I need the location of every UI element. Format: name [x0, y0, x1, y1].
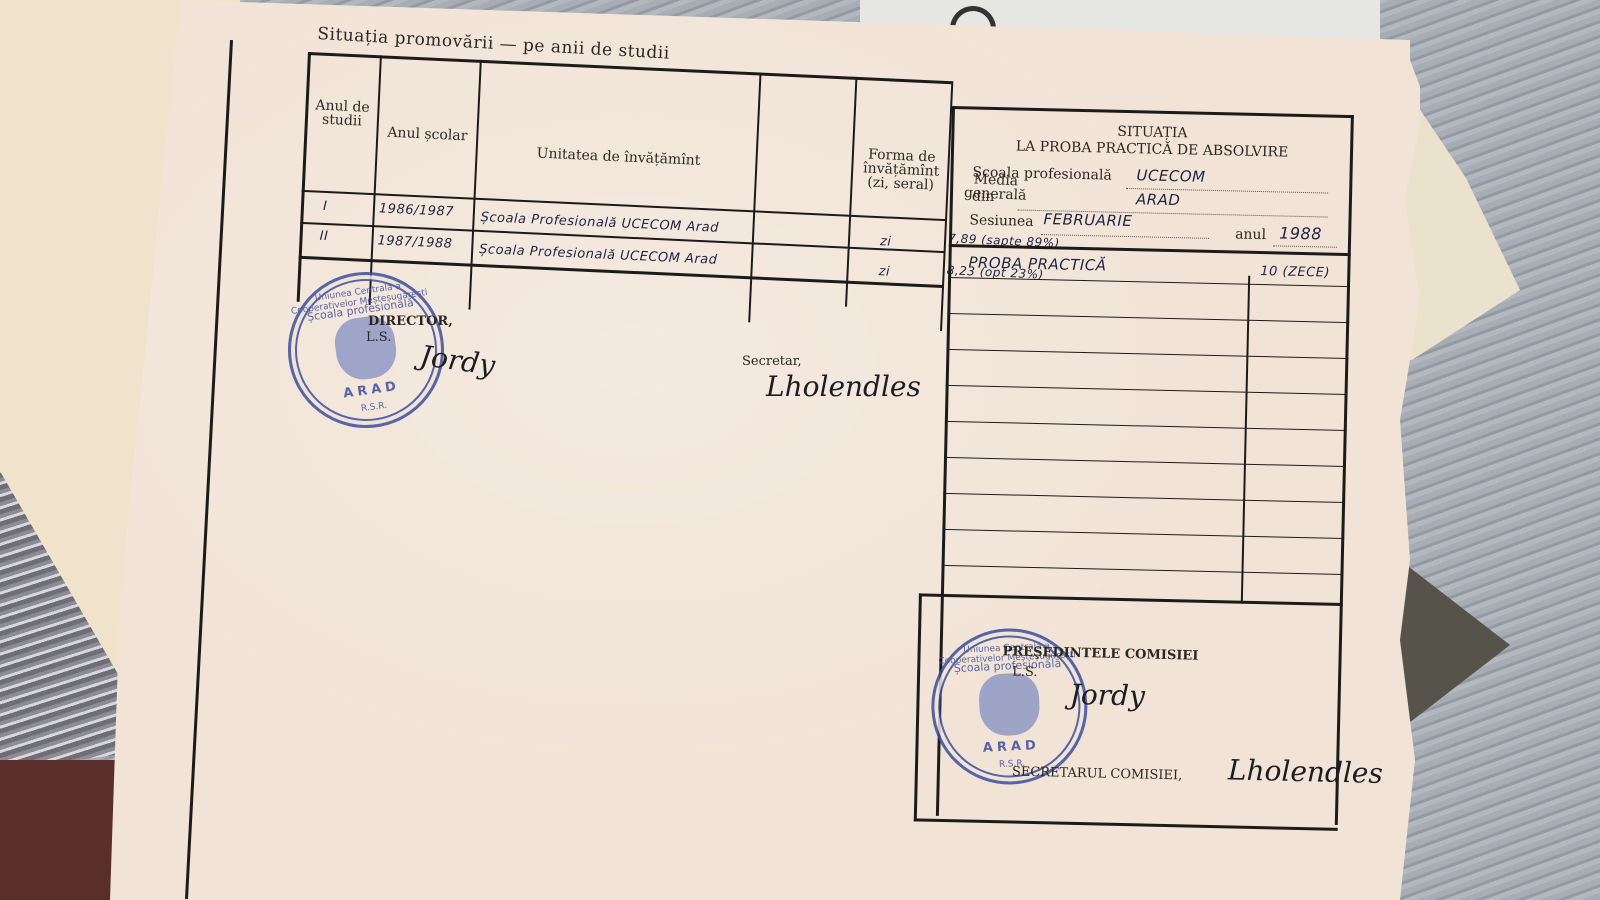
secretar-label: Secretar,: [742, 354, 802, 369]
director-ls: L.S.: [366, 330, 391, 345]
commission-section: Uniunea Centrală a Cooperativelor Meșteș…: [914, 593, 1343, 831]
school-value: UCECOM: [1136, 166, 1206, 186]
cell-anul-de-studii: II: [319, 229, 328, 244]
session-label: Sesiunea: [969, 212, 1034, 229]
header-anul-de-studii: Anul de studii: [309, 98, 376, 129]
grid-line: [946, 385, 1348, 395]
grid-line: [943, 493, 1345, 503]
grid-line: [942, 565, 1344, 575]
grid-line: [945, 421, 1347, 431]
president-signature: Jordy: [1069, 678, 1145, 713]
city-value: ARAD: [1136, 190, 1181, 209]
grid-line: [947, 313, 1349, 323]
cell-anul-de-studii: I: [323, 199, 328, 214]
commission-secretary-signature: Lholendles: [1228, 753, 1384, 790]
cell-forma: zi: [880, 234, 892, 250]
commission-secretary-label: SECRETARUL COMISIEI,: [1012, 765, 1183, 784]
grid-line: [946, 349, 1348, 359]
cell-forma: zi: [878, 264, 890, 280]
year-value: 1988: [1279, 223, 1322, 243]
director-label: DIRECTOR,: [368, 314, 453, 329]
secretar-signature: Lholendles: [766, 370, 921, 403]
practical-exam-grid: PROBA PRACTICĂ 10 (ZECE): [941, 244, 1351, 606]
exam-subject: PROBA PRACTICĂ: [968, 253, 1106, 274]
header-anul-scolar: Anul școlar: [380, 125, 475, 143]
practical-exam-panel: SITUAȚIA LA PROBA PRACTICĂ DE ABSOLVIRE …: [936, 106, 1354, 825]
grid-line: [944, 457, 1346, 467]
exam-grade: 10 (ZECE): [1260, 264, 1330, 281]
grade-column-divider: [1241, 276, 1250, 604]
school-label: Școala profesională: [972, 164, 1112, 183]
year-label: anul: [1235, 226, 1266, 243]
document-content: Situația promovării — pe anii de studii …: [0, 0, 1600, 900]
president-ls: L.S.: [1012, 665, 1038, 681]
city-label: din: [972, 188, 995, 205]
header-forma: Forma de învățămînt (zi, seral): [854, 147, 948, 193]
coat-of-arms-icon: [978, 672, 1041, 737]
session-value: FEBRUARIE: [1043, 210, 1132, 230]
grid-line: [942, 529, 1344, 539]
stamp-city: ARAD: [936, 736, 1087, 758]
